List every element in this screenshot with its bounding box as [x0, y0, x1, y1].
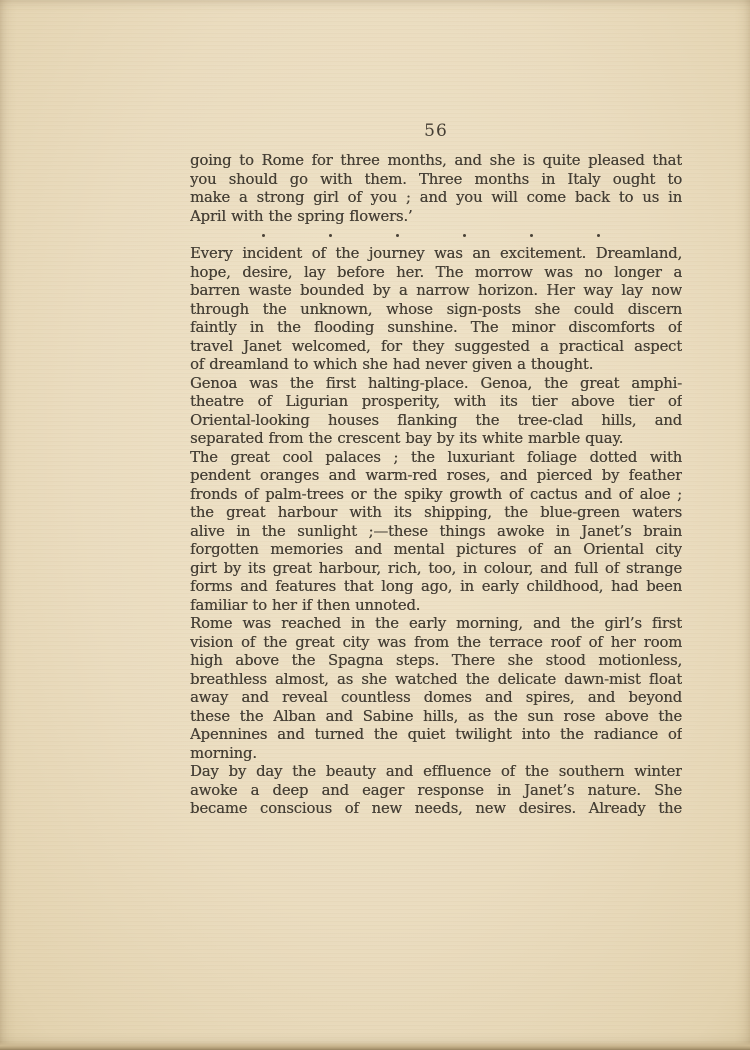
text-line: the great harbour with its shipping, the…	[190, 504, 682, 523]
text-line: travel Janet welcomed, for they suggeste…	[190, 338, 682, 357]
text-line: high above the Spagna steps. There she s…	[190, 652, 682, 671]
text-line: Every incident of the journey was an exc…	[190, 245, 682, 264]
separator-dot-icon	[463, 234, 466, 237]
text-line: forms and features that long ago, in ear…	[190, 578, 682, 597]
text-line: April with the spring flowers.’	[190, 208, 682, 227]
text-line: separated from the crescent bay by its w…	[190, 430, 682, 449]
text-line: forgotten memories and mental pictures o…	[190, 541, 682, 560]
text-line: familiar to her if then unnoted.	[190, 597, 682, 616]
text-line: Genoa was the first halting-place. Genoa…	[190, 375, 682, 394]
text-line: Rome was reached in the early morning, a…	[190, 615, 682, 634]
text-line: barren waste bounded by a narrow horizon…	[190, 282, 682, 301]
text-line: vision of the great city was from the te…	[190, 634, 682, 653]
separator-dot-icon	[396, 234, 399, 237]
page-bottom-edge	[0, 1042, 750, 1050]
section-separator-dots	[262, 226, 600, 245]
text-line: Oriental-looking houses flanking the tre…	[190, 412, 682, 431]
text-line: away and reveal countless domes and spir…	[190, 689, 682, 708]
text-line: The great cool palaces ; the luxuriant f…	[190, 449, 682, 468]
text-line: morning.	[190, 745, 682, 764]
text-line: faintly in the flooding sunshine. The mi…	[190, 319, 682, 338]
text-line: Day by day the beauty and effluence of t…	[190, 763, 682, 782]
separator-dot-icon	[262, 234, 265, 237]
book-page: 56 going to Rome for three months, and s…	[0, 0, 750, 1050]
separator-dot-icon	[597, 234, 600, 237]
text-line: Apennines and turned the quiet twilight …	[190, 726, 682, 745]
text-line: hope, desire, lay before her. The morrow…	[190, 264, 682, 283]
separator-dot-icon	[530, 234, 533, 237]
separator-dot-icon	[329, 234, 332, 237]
text-line: you should go with them. Three months in…	[190, 171, 682, 190]
text-line: pendent oranges and warm-red roses, and …	[190, 467, 682, 486]
text-line: make a strong girl of you ; and you will…	[190, 189, 682, 208]
text-line: going to Rome for three months, and she …	[190, 152, 682, 171]
text-line: alive in the sunlight ;—these things awo…	[190, 523, 682, 542]
text-line: theatre of Ligurian prosperity, with its…	[190, 393, 682, 412]
text-line: fronds of palm-trees or the spiky growth…	[190, 486, 682, 505]
text-line: of dreamland to which she had never give…	[190, 356, 682, 375]
text-line: breathless almost, as she watched the de…	[190, 671, 682, 690]
page-body: going to Rome for three months, and she …	[190, 152, 682, 819]
page-number: 56	[190, 121, 682, 141]
text-line: through the unknown, whose sign-posts sh…	[190, 301, 682, 320]
text-line: these the Alban and Sabine hills, as the…	[190, 708, 682, 727]
text-line: became conscious of new needs, new desir…	[190, 800, 682, 819]
text-line: awoke a deep and eager response in Janet…	[190, 782, 682, 801]
text-line: girt by its great harbour, rich, too, in…	[190, 560, 682, 579]
